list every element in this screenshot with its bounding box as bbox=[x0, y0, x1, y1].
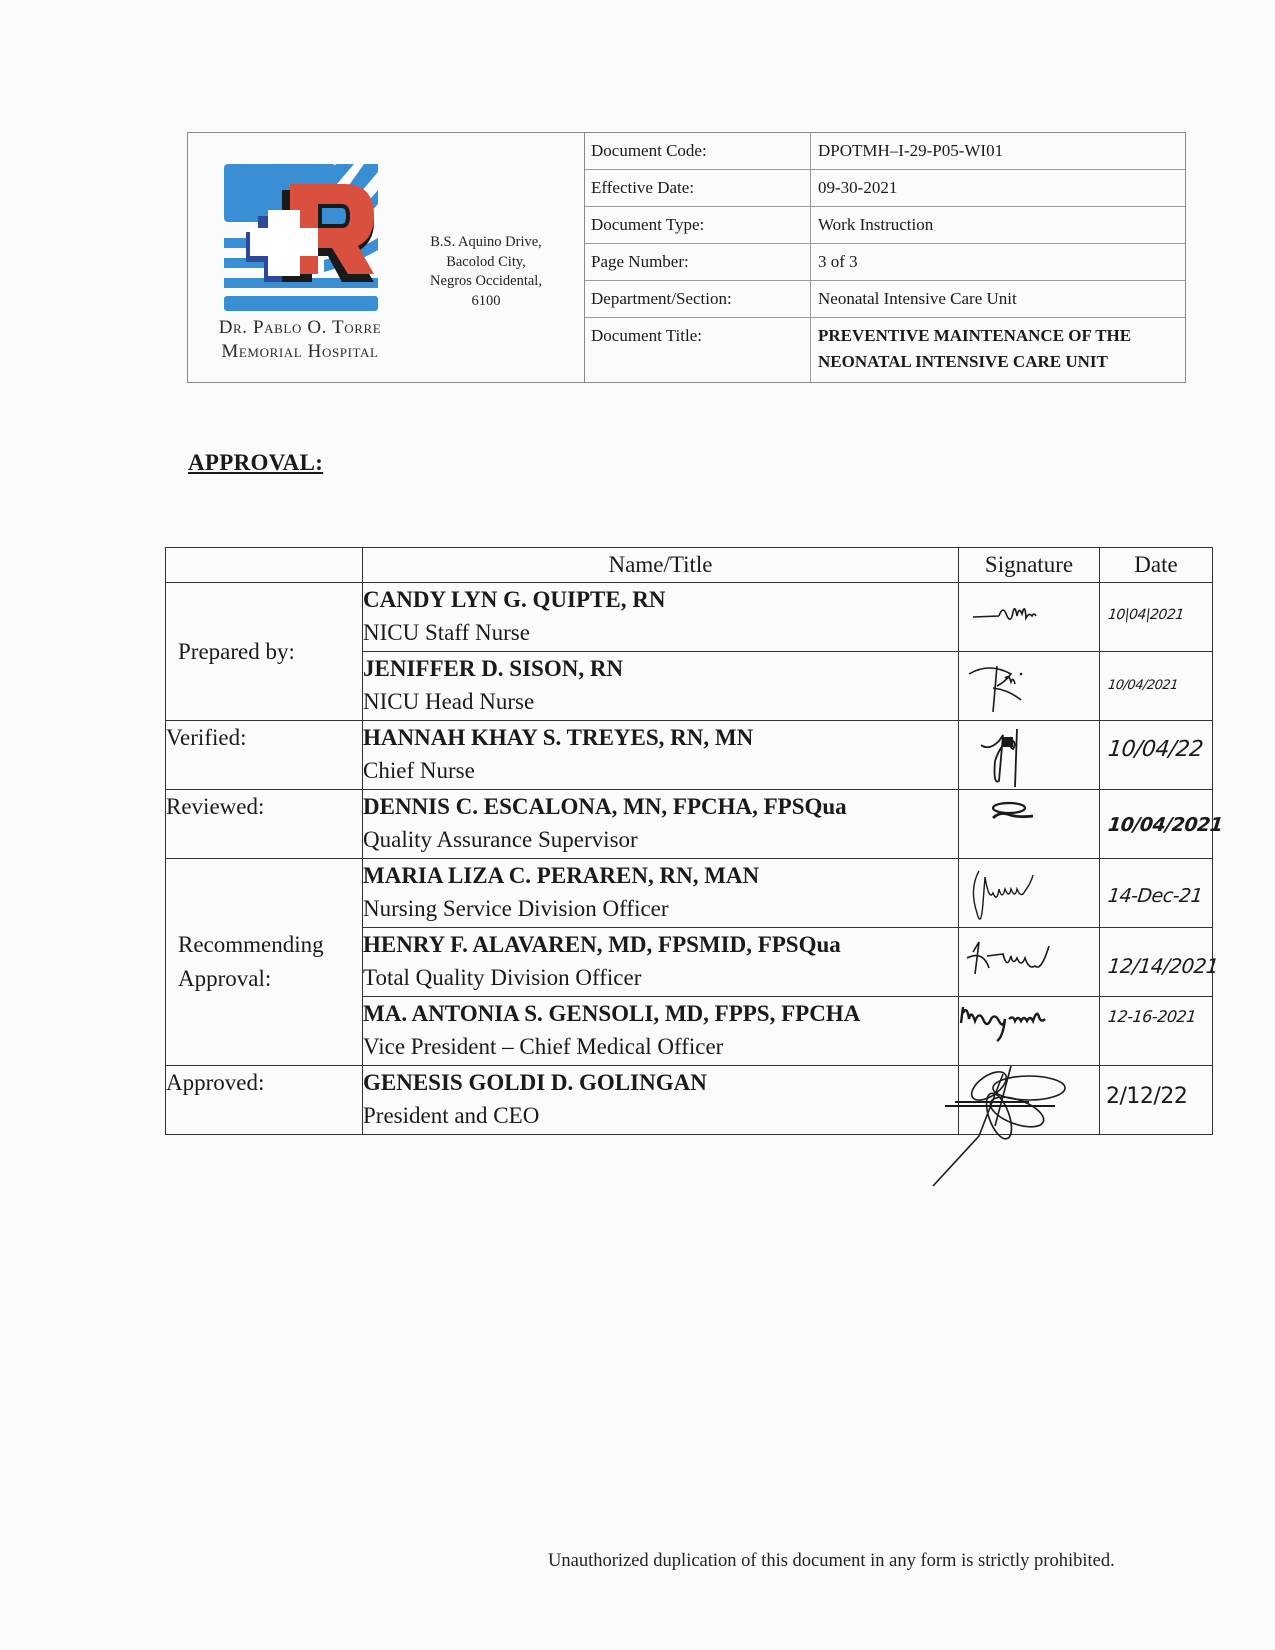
signatory-title: NICU Head Nurse bbox=[363, 685, 958, 718]
approval-heading: APPROVAL: bbox=[188, 450, 323, 476]
field-document-code: Document Code: DPOTMH–I-29-P05-WI01 bbox=[585, 133, 1185, 170]
field-value: Neonatal Intensive Care Unit bbox=[811, 281, 1185, 317]
role-line: Recommending bbox=[178, 928, 362, 962]
signature-cell bbox=[959, 928, 1100, 997]
field-label: Department/Section: bbox=[585, 281, 811, 317]
title-line: NEONATAL INTENSIVE CARE UNIT bbox=[818, 349, 1185, 375]
role-approved: Approved: bbox=[166, 1066, 363, 1135]
signatory-name: MARIA LIZA C. PERAREN, RN, MAN bbox=[363, 859, 958, 892]
role-line: Approval: bbox=[178, 962, 362, 996]
date-cell: 2/12/22 bbox=[1100, 1066, 1213, 1135]
handwritten-signature-icon bbox=[959, 928, 1100, 996]
column-header-date: Date bbox=[1100, 548, 1213, 583]
hospital-identity: Dr. Pablo O. Torre Memorial Hospital B.S… bbox=[188, 133, 585, 382]
date-cell: 12-16-2021 bbox=[1100, 997, 1213, 1066]
column-header-signature: Signature bbox=[959, 548, 1100, 583]
role-recommending-approval: Recommending Approval: bbox=[166, 859, 363, 1066]
field-document-title: Document Title: PREVENTIVE MAINTENANCE O… bbox=[585, 318, 1185, 382]
signed-date: 10/04/22 bbox=[1107, 737, 1204, 762]
handwritten-signature-icon bbox=[959, 790, 1100, 858]
address-line: B.S. Aquino Drive, bbox=[416, 233, 556, 253]
hospital-name-line2: Memorial Hospital bbox=[192, 340, 408, 364]
name-title-cell: MARIA LIZA C. PERAREN, RN, MAN Nursing S… bbox=[363, 859, 959, 928]
signature-cell bbox=[959, 583, 1100, 652]
table-header-row: Name/Title Signature Date bbox=[166, 548, 1213, 583]
field-value: 3 of 3 bbox=[811, 244, 1185, 280]
date-cell: 12/14/2021 bbox=[1100, 928, 1213, 997]
role-verified: Verified: bbox=[166, 721, 363, 790]
field-value: 09-30-2021 bbox=[811, 170, 1185, 206]
name-title-cell: DENNIS C. ESCALONA, MN, FPCHA, FPSQua Qu… bbox=[363, 790, 959, 859]
title-line: PREVENTIVE MAINTENANCE OF THE bbox=[818, 323, 1185, 349]
signature-cell bbox=[959, 721, 1100, 790]
field-label: Document Title: bbox=[585, 318, 811, 382]
handwritten-signature-icon bbox=[959, 1066, 1100, 1134]
signed-date: 10|04|2021 bbox=[1107, 607, 1184, 623]
table-row: Verified: HANNAH KHAY S. TREYES, RN, MN … bbox=[166, 721, 1213, 790]
hospital-cross-r-logo-icon bbox=[224, 164, 378, 311]
name-title-cell: HANNAH KHAY S. TREYES, RN, MN Chief Nurs… bbox=[363, 721, 959, 790]
handwritten-signature-icon bbox=[959, 859, 1100, 927]
handwritten-signature-icon bbox=[959, 997, 1100, 1065]
role-prepared-by: Prepared by: bbox=[166, 583, 363, 721]
signatory-title: Nursing Service Division Officer bbox=[363, 892, 958, 925]
signed-date: 14-Dec-21 bbox=[1107, 885, 1204, 907]
hospital-name: Dr. Pablo O. Torre Memorial Hospital bbox=[192, 316, 408, 364]
field-value: DPOTMH–I-29-P05-WI01 bbox=[811, 133, 1185, 169]
signatory-name: CANDY LYN G. QUIPTE, RN bbox=[363, 583, 958, 616]
address-line: Bacolod City, bbox=[416, 253, 556, 273]
field-value: PREVENTIVE MAINTENANCE OF THE NEONATAL I… bbox=[811, 318, 1185, 382]
signatory-title: President and CEO bbox=[363, 1099, 958, 1132]
handwritten-signature-icon bbox=[959, 652, 1100, 720]
handwritten-signature-icon bbox=[959, 583, 1100, 651]
confidentiality-notice: Unauthorized duplication of this documen… bbox=[548, 1551, 1115, 1572]
signatory-name: HENRY F. ALAVAREN, MD, FPSMID, FPSQua bbox=[363, 928, 958, 961]
role-reviewed: Reviewed: bbox=[166, 790, 363, 859]
field-label: Effective Date: bbox=[585, 170, 811, 206]
field-value: Work Instruction bbox=[811, 207, 1185, 243]
signatory-title: Chief Nurse bbox=[363, 754, 958, 787]
signature-cell bbox=[959, 652, 1100, 721]
signatory-name: JENIFFER D. SISON, RN bbox=[363, 652, 958, 685]
signed-date: 12/14/2021 bbox=[1107, 954, 1220, 978]
name-title-cell: MA. ANTONIA S. GENSOLI, MD, FPPS, FPCHA … bbox=[363, 997, 959, 1066]
date-cell: 10/04/2021 bbox=[1100, 652, 1213, 721]
signed-date: 10/04/2021 bbox=[1107, 814, 1224, 836]
address-line: 6100 bbox=[416, 292, 556, 312]
signatory-title: Quality Assurance Supervisor bbox=[363, 823, 958, 856]
date-cell: 10/04/22 bbox=[1100, 721, 1213, 790]
signatory-name: HANNAH KHAY S. TREYES, RN, MN bbox=[363, 721, 958, 754]
hospital-address: B.S. Aquino Drive, Bacolod City, Negros … bbox=[416, 233, 556, 311]
column-header-name-title: Name/Title bbox=[363, 548, 959, 583]
signatory-title: Vice President – Chief Medical Officer bbox=[363, 1030, 958, 1063]
field-label: Document Code: bbox=[585, 133, 811, 169]
table-row: Recommending Approval: MARIA LIZA C. PER… bbox=[166, 859, 1213, 928]
signatory-title: Total Quality Division Officer bbox=[363, 961, 958, 994]
handwritten-signature-icon bbox=[959, 721, 1100, 789]
name-title-cell: CANDY LYN G. QUIPTE, RN NICU Staff Nurse bbox=[363, 583, 959, 652]
name-title-cell: JENIFFER D. SISON, RN NICU Head Nurse bbox=[363, 652, 959, 721]
field-document-type: Document Type: Work Instruction bbox=[585, 207, 1185, 244]
table-row: Reviewed: DENNIS C. ESCALONA, MN, FPCHA,… bbox=[166, 790, 1213, 859]
signature-cell bbox=[959, 790, 1100, 859]
date-cell: 10/04/2021 bbox=[1100, 790, 1213, 859]
table-row: Approved: GENESIS GOLDI D. GOLINGAN Pres… bbox=[166, 1066, 1213, 1135]
document-control-fields: Document Code: DPOTMH–I-29-P05-WI01 Effe… bbox=[585, 133, 1185, 382]
signed-date: 2/12/22 bbox=[1106, 1084, 1187, 1109]
signatory-name: GENESIS GOLDI D. GOLINGAN bbox=[363, 1066, 958, 1099]
approval-table: Name/Title Signature Date Prepared by: C… bbox=[165, 547, 1213, 1135]
field-page-number: Page Number: 3 of 3 bbox=[585, 244, 1185, 281]
document-header: Dr. Pablo O. Torre Memorial Hospital B.S… bbox=[187, 132, 1186, 383]
date-cell: 14-Dec-21 bbox=[1100, 859, 1213, 928]
name-title-cell: HENRY F. ALAVAREN, MD, FPSMID, FPSQua To… bbox=[363, 928, 959, 997]
field-effective-date: Effective Date: 09-30-2021 bbox=[585, 170, 1185, 207]
signed-date: 10/04/2021 bbox=[1107, 678, 1179, 693]
name-title-cell: GENESIS GOLDI D. GOLINGAN President and … bbox=[363, 1066, 959, 1135]
hospital-name-line1: Dr. Pablo O. Torre bbox=[192, 316, 408, 340]
column-header-role bbox=[166, 548, 363, 583]
signatory-name: DENNIS C. ESCALONA, MN, FPCHA, FPSQua bbox=[363, 790, 958, 823]
signature-cell bbox=[959, 859, 1100, 928]
field-label: Document Type: bbox=[585, 207, 811, 243]
signature-cell bbox=[959, 997, 1100, 1066]
signatory-name: MA. ANTONIA S. GENSOLI, MD, FPPS, FPCHA bbox=[363, 997, 958, 1030]
field-label: Page Number: bbox=[585, 244, 811, 280]
signature-cell bbox=[959, 1066, 1100, 1135]
field-department: Department/Section: Neonatal Intensive C… bbox=[585, 281, 1185, 318]
date-cell: 10|04|2021 bbox=[1100, 583, 1213, 652]
signed-date: 12-16-2021 bbox=[1107, 1007, 1197, 1026]
signatory-title: NICU Staff Nurse bbox=[363, 616, 958, 649]
address-line: Negros Occidental, bbox=[416, 272, 556, 292]
table-row: Prepared by: CANDY LYN G. QUIPTE, RN NIC… bbox=[166, 583, 1213, 652]
